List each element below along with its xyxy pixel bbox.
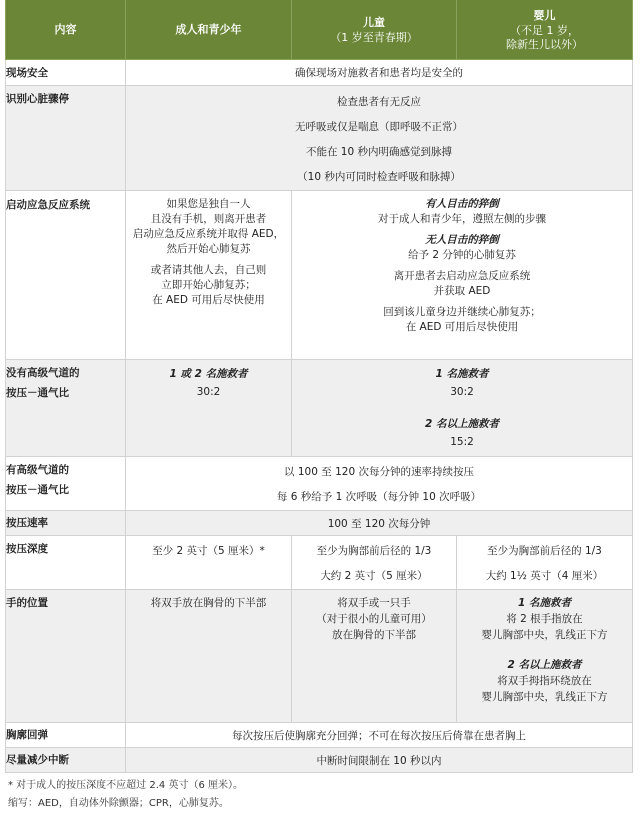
text-line: 无呼吸或仅是喘息（即呼吸不正常） bbox=[126, 115, 632, 140]
label-line: 没有高级气道的 bbox=[6, 363, 125, 383]
header-adult-label: 成人和青少年 bbox=[126, 22, 291, 38]
header-content-label: 内容 bbox=[6, 22, 125, 38]
rescuer-title: 1 名施救者 bbox=[457, 595, 632, 611]
cell-all: 中断时间限制在 10 秒以内 bbox=[126, 748, 633, 773]
footnotes: * 对于成人的按压深度不应超过 2.4 英寸（6 厘米）。 缩写：AED，自动体… bbox=[8, 777, 243, 813]
text-line: 对于成人和青少年，遵照左侧的步骤 bbox=[292, 212, 632, 227]
cell-adult: 1 或 2 名施救者 30:2 bbox=[126, 360, 292, 457]
row-label: 手的位置 bbox=[6, 590, 126, 723]
cell-all: 检查患者有无反应 无呼吸或仅是喘息（即呼吸不正常） 不能在 10 秒内明确感觉到… bbox=[126, 86, 633, 191]
header-child-sublabel: （1 岁至青春期） bbox=[292, 31, 456, 45]
text-line: 检查患者有无反应 bbox=[126, 90, 632, 115]
rescuer-title: 2 名以上施救者 bbox=[457, 657, 632, 673]
ratio-value: 15:2 bbox=[292, 433, 632, 451]
text-line: 将双手拇指环绕放在 bbox=[457, 673, 632, 689]
row-label: 没有高级气道的 按压－通气比 bbox=[6, 360, 126, 457]
rescuer-title: 2 名以上施救者 bbox=[292, 415, 632, 433]
header-child-label: 儿童 bbox=[292, 15, 456, 31]
header-infant: 婴儿 （不足 1 岁， 除新生儿以外） bbox=[457, 0, 633, 60]
cell-adult: 将双手放在胸骨的下半部 bbox=[126, 590, 292, 723]
text-line: 并获取 AED bbox=[292, 284, 632, 299]
row-ratio-no-airway: 没有高级气道的 按压－通气比 1 或 2 名施救者 30:2 1 名施救者 30… bbox=[6, 360, 633, 457]
label-line: 有高级气道的 bbox=[6, 460, 125, 480]
header-adult: 成人和青少年 bbox=[126, 0, 292, 60]
row-label: 尽量减少中断 bbox=[6, 748, 126, 773]
text-line: 婴儿胸部中央，乳线正下方 bbox=[457, 689, 632, 705]
text-line: 婴儿胸部中央，乳线正下方 bbox=[457, 627, 632, 643]
label-line: 按压－通气比 bbox=[6, 383, 125, 403]
cell-child-infant: 有人目击的猝倒 对于成人和青少年，遵照左侧的步骤 无人目击的猝倒 给予 2 分钟… bbox=[292, 191, 633, 360]
row-scene-safety: 现场安全 确保现场对施救者和患者均是安全的 bbox=[6, 60, 633, 86]
text-line: 在 AED 可用后尽快使用 bbox=[292, 320, 632, 335]
text-line: 启动应急反应系统并取得 AED， bbox=[126, 227, 291, 242]
text-line: 如果您是独自一人 bbox=[126, 197, 291, 212]
ratio-value: 30:2 bbox=[292, 383, 632, 401]
text-line: （对于很小的儿童可用） bbox=[292, 611, 456, 627]
footnote-abbreviations: 缩写：AED，自动体外除颤器；CPR，心肺复苏。 bbox=[8, 795, 243, 813]
text-line: 至少为胸部前后径的 1/3 bbox=[292, 539, 456, 564]
cell-all: 100 至 120 次每分钟 bbox=[126, 511, 633, 536]
text-line: 每 6 秒给予 1 次呼吸（每分钟 10 次呼吸） bbox=[126, 485, 632, 510]
text-line: 将双手或一只手 bbox=[292, 595, 456, 611]
text-line: 将 2 根手指放在 bbox=[457, 611, 632, 627]
table-header-row: 内容 成人和青少年 儿童 （1 岁至青春期） 婴儿 （不足 1 岁， 除新生儿以… bbox=[6, 0, 633, 60]
row-label: 识别心脏骤停 bbox=[6, 86, 126, 191]
row-compression-depth: 按压深度 至少 2 英寸（5 厘米）* 至少为胸部前后径的 1/3 大约 2 英… bbox=[6, 536, 633, 590]
cell-adult: 至少 2 英寸（5 厘米）* bbox=[126, 536, 292, 590]
row-label: 有高级气道的 按压－通气比 bbox=[6, 457, 126, 511]
cell-child-infant: 1 名施救者 30:2 2 名以上施救者 15:2 bbox=[292, 360, 633, 457]
footnote-depth: * 对于成人的按压深度不应超过 2.4 英寸（6 厘米）。 bbox=[8, 777, 243, 795]
row-compression-rate: 按压速率 100 至 120 次每分钟 bbox=[6, 511, 633, 536]
header-child: 儿童 （1 岁至青春期） bbox=[292, 0, 457, 60]
row-activate-ems: 启动应急反应系统 如果您是独自一人 且没有手机，则离开患者 启动应急反应系统并取… bbox=[6, 191, 633, 360]
cell-child: 将双手或一只手 （对于很小的儿童可用） 放在胸骨的下半部 bbox=[292, 590, 457, 723]
header-infant-sublabel-2: 除新生儿以外） bbox=[457, 38, 632, 52]
witnessed-title: 有人目击的猝倒 bbox=[292, 197, 632, 212]
rescuer-title: 1 或 2 名施救者 bbox=[126, 365, 291, 383]
cell-adult: 如果您是独自一人 且没有手机，则离开患者 启动应急反应系统并取得 AED， 然后… bbox=[126, 191, 292, 360]
text-line: 回到该儿童身边并继续心肺复苏； bbox=[292, 305, 632, 320]
text-line: 给予 2 分钟的心肺复苏 bbox=[292, 248, 632, 263]
text-line: 或者请其他人去，自己则 bbox=[126, 263, 291, 278]
text-line: 立即开始心肺复苏； bbox=[126, 278, 291, 293]
header-content: 内容 bbox=[6, 0, 126, 60]
row-label: 现场安全 bbox=[6, 60, 126, 86]
text-line: 在 AED 可用后尽快使用 bbox=[126, 293, 291, 308]
cell-all: 以 100 至 120 次每分钟的速率持续按压 每 6 秒给予 1 次呼吸（每分… bbox=[126, 457, 633, 511]
row-ratio-with-airway: 有高级气道的 按压－通气比 以 100 至 120 次每分钟的速率持续按压 每 … bbox=[6, 457, 633, 511]
text-line: 且没有手机，则离开患者 bbox=[126, 212, 291, 227]
row-label: 按压速率 bbox=[6, 511, 126, 536]
text-line: 放在胸骨的下半部 bbox=[292, 627, 456, 643]
row-hand-position: 手的位置 将双手放在胸骨的下半部 将双手或一只手 （对于很小的儿童可用） 放在胸… bbox=[6, 590, 633, 723]
row-chest-recoil: 胸廓回弹 每次按压后使胸廓充分回弹；不可在每次按压后倚靠在患者胸上 bbox=[6, 723, 633, 748]
label-line: 按压－通气比 bbox=[6, 480, 125, 500]
text-line: 将双手放在胸骨的下半部 bbox=[126, 595, 291, 611]
cell-child: 至少为胸部前后径的 1/3 大约 2 英寸（5 厘米） bbox=[292, 536, 457, 590]
text-line: （10 秒内可同时检查呼吸和脉搏） bbox=[126, 165, 632, 190]
cell-infant: 至少为胸部前后径的 1/3 大约 1½ 英寸（4 厘米） bbox=[457, 536, 633, 590]
cpr-comparison-table: 内容 成人和青少年 儿童 （1 岁至青春期） 婴儿 （不足 1 岁， 除新生儿以… bbox=[5, 0, 633, 773]
cell-all: 确保现场对施救者和患者均是安全的 bbox=[126, 60, 633, 86]
row-minimize-interruptions: 尽量减少中断 中断时间限制在 10 秒以内 bbox=[6, 748, 633, 773]
text-line: 然后开始心肺复苏 bbox=[126, 242, 291, 257]
text-line: 至少 2 英寸（5 厘米）* bbox=[126, 539, 291, 564]
unwitnessed-title: 无人目击的猝倒 bbox=[292, 233, 632, 248]
row-label: 启动应急反应系统 bbox=[6, 191, 126, 360]
text-line: 至少为胸部前后径的 1/3 bbox=[457, 539, 632, 564]
ratio-value: 30:2 bbox=[126, 383, 291, 401]
row-label: 胸廓回弹 bbox=[6, 723, 126, 748]
row-label: 按压深度 bbox=[6, 536, 126, 590]
text-line: 大约 2 英寸（5 厘米） bbox=[292, 564, 456, 589]
rescuer-title: 1 名施救者 bbox=[292, 365, 632, 383]
header-infant-sublabel-1: （不足 1 岁， bbox=[457, 24, 632, 38]
header-infant-label: 婴儿 bbox=[457, 8, 632, 24]
row-recognize-arrest: 识别心脏骤停 检查患者有无反应 无呼吸或仅是喘息（即呼吸不正常） 不能在 10 … bbox=[6, 86, 633, 191]
cell-all: 每次按压后使胸廓充分回弹；不可在每次按压后倚靠在患者胸上 bbox=[126, 723, 633, 748]
cell-infant: 1 名施救者 将 2 根手指放在 婴儿胸部中央，乳线正下方 2 名以上施救者 将… bbox=[457, 590, 633, 723]
text-line: 大约 1½ 英寸（4 厘米） bbox=[457, 564, 632, 589]
text-line: 离开患者去启动应急反应系统 bbox=[292, 269, 632, 284]
text-line: 以 100 至 120 次每分钟的速率持续按压 bbox=[126, 460, 632, 485]
text-line: 不能在 10 秒内明确感觉到脉搏 bbox=[126, 140, 632, 165]
